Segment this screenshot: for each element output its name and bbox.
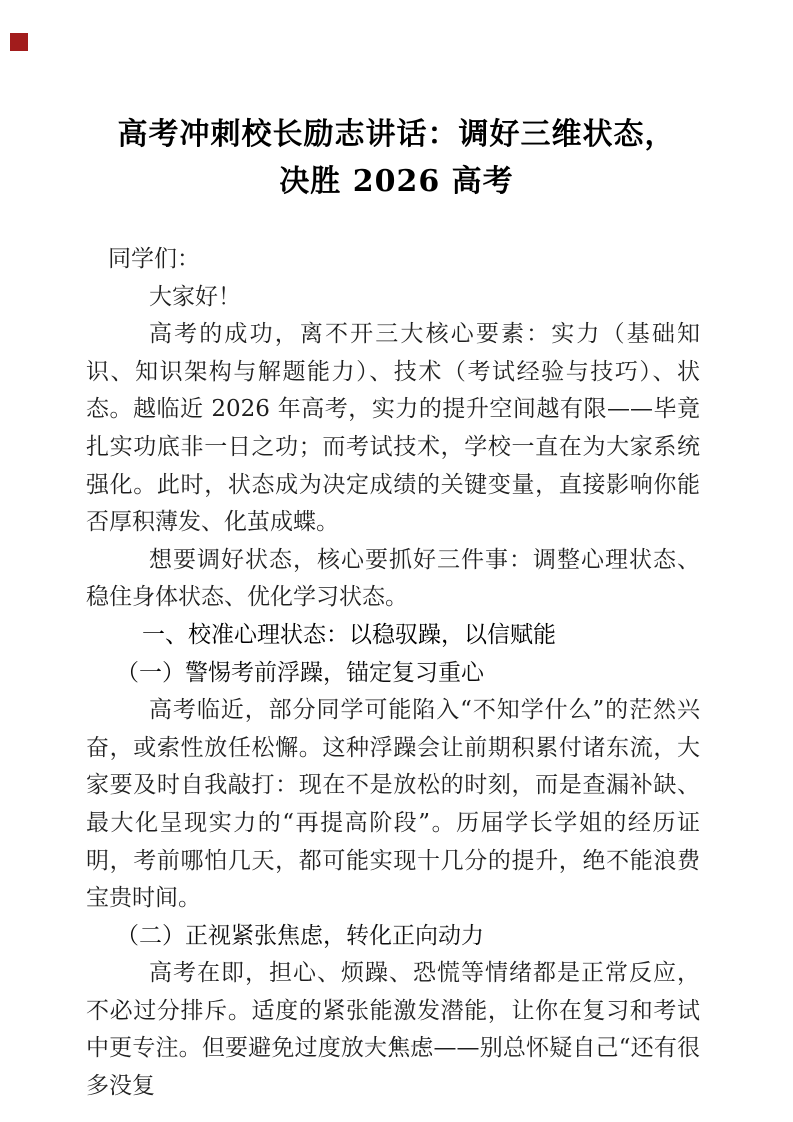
footer-dash-left: — (358, 1035, 392, 1054)
footer-dash-right: — (401, 1035, 435, 1054)
corner-marker (10, 33, 28, 51)
salutation: 同学们： (86, 241, 700, 279)
paragraph-greeting: 大家好！ (86, 279, 700, 317)
paragraph-three-tasks: 想要调好状态，核心要抓好三件事：调整心理状态、稳住身体状态、优化学习状态。 (86, 542, 700, 617)
page-number: 1 (392, 1036, 402, 1054)
paragraph-section-1-sub-2: 高考在即，担心、烦躁、恐慌等情绪都是正常反应，不必过分排斥。适度的紧张能激发潜能… (86, 955, 700, 1105)
page-footer: —1— (0, 1035, 793, 1055)
title-line-1: 高考冲刺校长励志讲话：调好三维状态， (86, 111, 707, 158)
document-body: 同学们： 大家好！ 高考的成功，离不开三大核心要素：实力（基础知识、知识架构与解… (86, 241, 700, 1106)
paragraph-section-1-sub-1: 高考临近，部分同学可能陷入“不知学什么”的茫然兴奋，或索性放任松懈。这种浮躁会让… (86, 692, 700, 918)
document-page: 高考冲刺校长励志讲话：调好三维状态， 决胜 2026 高考 同学们： 大家好！ … (0, 0, 793, 1122)
document-title: 高考冲刺校长励志讲话：调好三维状态， 决胜 2026 高考 (86, 111, 707, 205)
title-line-2: 决胜 2026 高考 (86, 158, 707, 205)
section-1-sub-1-heading: （一）警惕考前浮躁，锚定复习重心 (86, 655, 700, 693)
section-1-sub-2-heading: （二）正视紧张焦虑，转化正向动力 (86, 918, 700, 956)
section-1-heading: 一、校准心理状态：以稳驭躁，以信赋能 (86, 617, 700, 655)
paragraph-core-elements: 高考的成功，离不开三大核心要素：实力（基础知识、知识架构与解题能力）、技术（考试… (86, 316, 700, 542)
